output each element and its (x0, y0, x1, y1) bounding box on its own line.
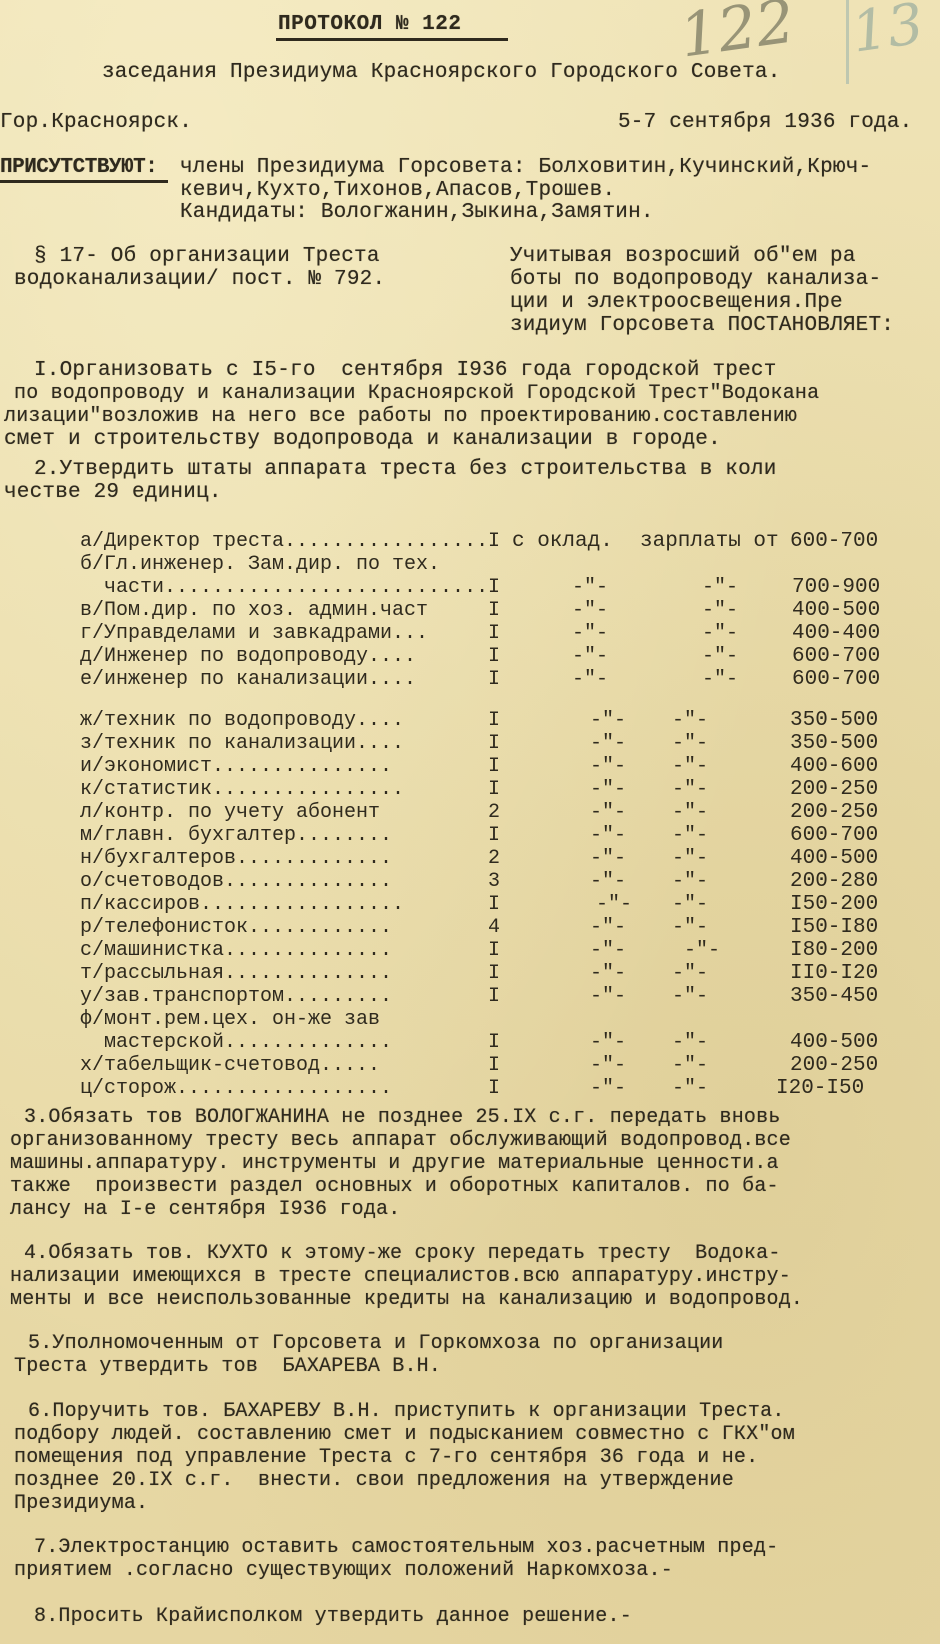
position-name: ф/монт.рем.цех. он-же зав (80, 1009, 380, 1031)
point-2-line: честве 29 единиц. (4, 482, 222, 504)
salary-range: 200-250 (790, 802, 878, 824)
position-name: п/кассиров................. (80, 894, 404, 916)
ditto-mark: -"- (660, 756, 720, 778)
salary-range: I50-I80 (790, 917, 878, 939)
salary-range: II0-I20 (790, 963, 878, 985)
salary-range: I80-200 (790, 940, 878, 962)
ditto-mark: -"- (690, 577, 750, 599)
position-qty: I (484, 710, 504, 732)
ditto-mark: -"- (560, 577, 620, 599)
position-name: ц/сторож.................. (80, 1078, 392, 1100)
document-title: ПРОТОКОЛ № 122 (278, 14, 461, 36)
point-1-line: смет и строительству водопровода и канал… (4, 429, 721, 451)
salary-note: зарплаты от (640, 531, 779, 553)
ditto-mark: -"- (690, 623, 750, 645)
position-name: т/рассыльная.............. (80, 963, 392, 985)
date-line: 5-7 сентября 1936 года. (618, 112, 912, 134)
ditto-mark: -"- (660, 848, 720, 870)
point-7-line: приятием .согласно существующих положени… (14, 1560, 673, 1582)
point-8-line: 8.Просить Крайисполком утвердить данное … (34, 1606, 632, 1628)
position-name: м/главн. бухгалтер........ (80, 825, 392, 847)
position-name: части........................... (80, 577, 488, 599)
position-qty: I (484, 531, 504, 553)
ditto-mark: -"- (660, 986, 720, 1008)
ditto-mark: -"- (578, 1078, 638, 1100)
position-qty: I (484, 825, 504, 847)
salary-range: 400-500 (792, 600, 880, 622)
ditto-mark: -"- (578, 756, 638, 778)
point-1-line: лизации"возложив на него все работы по п… (4, 406, 797, 428)
position-qty: I (484, 733, 504, 755)
salary-range: 400-500 (790, 1032, 878, 1054)
preamble-line: боты по водопроводу канализа- (510, 269, 881, 291)
position-name: в/Пом.дир. по хоз. админ.част (80, 600, 428, 622)
present-underline (0, 180, 168, 183)
ditto-mark: -"- (584, 894, 644, 916)
preamble-line: Учитывая возросший об"ем ра (510, 246, 856, 268)
position-qty: I (484, 894, 504, 916)
position-name: г/Управделами и завкадрами... (80, 623, 428, 645)
ditto-mark: -"- (672, 940, 732, 962)
position-name: с/машинистка.............. (80, 940, 392, 962)
ditto-mark: -"- (660, 710, 720, 732)
ditto-mark: -"- (578, 963, 638, 985)
position-name: и/экономист............... (80, 756, 392, 778)
point-5-line: 5.Уполномоченным от Горсовета и Горкомхо… (28, 1333, 724, 1355)
ditto-mark: -"- (578, 825, 638, 847)
ditto-mark: -"- (578, 733, 638, 755)
ditto-mark: -"- (660, 963, 720, 985)
salary-range: 400-500 (790, 848, 878, 870)
salary-range: 350-450 (790, 986, 878, 1008)
point-2-line: 2.Утвердить штаты аппарата треста без ст… (34, 459, 777, 481)
position-name: о/счетоводов.............. (80, 871, 392, 893)
position-qty: I (484, 646, 504, 668)
position-name: д/Инженер по водопроводу.... (80, 646, 416, 668)
position-name: мастерской.............. (80, 1032, 392, 1054)
ditto-mark: -"- (578, 1055, 638, 1077)
salary-range: 600-700 (792, 646, 880, 668)
position-name: з/техник по канализации.... (80, 733, 404, 755)
ditto-mark: -"- (660, 917, 720, 939)
ditto-mark: -"- (690, 646, 750, 668)
point-3-line: машины.аппаратуру. инструменты и другие … (10, 1153, 779, 1175)
position-qty: I (484, 623, 504, 645)
position-name: б/Гл.инженер. Зам.дир. по тех. (80, 554, 440, 576)
position-name: ж/техник по водопроводу.... (80, 710, 404, 732)
point-3-line: лансу на I-е сентября I936 года. (10, 1199, 400, 1221)
ditto-mark: -"- (660, 1055, 720, 1077)
city-line: Гор.Красноярск. (0, 112, 192, 134)
position-qty: 2 (484, 848, 504, 870)
document-subtitle: заседания Президиума Красноярского Город… (102, 62, 781, 84)
ditto-mark: -"- (560, 623, 620, 645)
point-6-line: подбору людей. составлению смет и подыск… (14, 1424, 795, 1446)
present-label: ПРИСУТСТВУЮТ: (0, 157, 157, 179)
position-qty: I (484, 940, 504, 962)
position-qty: 3 (484, 871, 504, 893)
position-qty: I (484, 963, 504, 985)
ditto-mark: -"- (560, 669, 620, 691)
section-heading: водоканализации/ пост. № 792. (14, 269, 385, 291)
point-4-line: нализации имеющихся в тресте специалисто… (10, 1266, 791, 1288)
point-1-line: I.Организовать с I5-го сентября I936 год… (34, 360, 777, 382)
ditto-mark: -"- (578, 1032, 638, 1054)
point-1-line: по водопроводу и канализации Красноярско… (14, 383, 819, 405)
position-qty: 4 (484, 917, 504, 939)
position-name: л/контр. по учету абонент (80, 802, 380, 824)
salary-range: 600-700 (790, 825, 878, 847)
position-qty: I (484, 1078, 504, 1100)
salary-range: 700-900 (792, 577, 880, 599)
point-4-line: менты и все неиспользованные кредиты на … (10, 1289, 803, 1311)
ditto-mark: -"- (660, 1032, 720, 1054)
salary-range: 400-600 (790, 756, 878, 778)
ditto-mark: -"- (578, 871, 638, 893)
position-name: к/статистик................ (80, 779, 404, 801)
ditto-mark: -"- (660, 1078, 720, 1100)
point-6-line: позднее 20.IX с.г. внести. свои предложе… (14, 1470, 734, 1492)
position-qty: I (484, 577, 504, 599)
ditto-mark: -"- (578, 848, 638, 870)
position-qty: I (484, 1055, 504, 1077)
salary-range: 350-500 (790, 710, 878, 732)
position-qty: I (484, 1032, 504, 1054)
salary-range: 200-250 (790, 1055, 878, 1077)
title-underline (276, 38, 508, 41)
document-page: 122 13 ПРОТОКОЛ № 122 заседания Президиу… (0, 0, 940, 1644)
point-3-line: также произвести раздел основных и оборо… (10, 1176, 779, 1198)
position-qty: I (484, 986, 504, 1008)
position-name: е/инженер по канализации.... (80, 669, 416, 691)
point-6-line: Президиума. (14, 1493, 148, 1515)
position-name: р/телефонисток............ (80, 917, 392, 939)
ditto-mark: -"- (660, 825, 720, 847)
salary-range: I20-I50 (776, 1078, 864, 1100)
present-line: кевич,Кухто,Тихонов,Апасов,Трошев. (180, 180, 615, 202)
salary-range: 600-700 (790, 531, 878, 553)
salary-range: 600-700 (792, 669, 880, 691)
point-6-line: помещения под управление Треста с 7-го с… (14, 1447, 758, 1469)
preamble-line: зидиум Горсовета ПОСТАНОВЛЯЕТ: (510, 315, 894, 337)
salary-range: 200-250 (790, 779, 878, 801)
present-line: Кандидаты: Вологжанин,Зыкина,Замятин. (180, 202, 654, 224)
position-qty: 2 (484, 802, 504, 824)
ditto-mark: -"- (578, 779, 638, 801)
point-6-line: 6.Поручить тов. БАХАРЕВУ В.Н. приступить… (28, 1401, 785, 1423)
ditto-mark: -"- (578, 917, 638, 939)
ditto-mark: -"- (578, 986, 638, 1008)
point-4-line: 4.Обязать тов. КУХТО к этому-же сроку пе… (24, 1243, 781, 1265)
ditto-mark: -"- (660, 894, 720, 916)
point-3-line: организованному тресту весь аппарат обсл… (10, 1130, 791, 1152)
ditto-mark: -"- (578, 940, 638, 962)
position-qty: I (484, 600, 504, 622)
salary-range: 350-500 (790, 733, 878, 755)
ditto-mark: -"- (660, 802, 720, 824)
position-name: а/Директор треста................. (80, 531, 488, 553)
ditto-mark: -"- (660, 871, 720, 893)
point-5-line: Треста утвердить тов БАХАРЕВА В.Н. (14, 1356, 441, 1378)
point-3-line: 3.Обязать тов ВОЛОГЖАНИНА не позднее 25.… (24, 1107, 781, 1129)
ditto-mark: -"- (560, 646, 620, 668)
position-name: х/табельщик-счетовод..... (80, 1055, 380, 1077)
ditto-mark: -"- (578, 710, 638, 732)
present-line: члены Президиума Горсовета: Болховитин,К… (180, 157, 871, 179)
salary-note: с оклад. (512, 531, 613, 553)
position-name: у/зав.транспортом......... (80, 986, 392, 1008)
section-heading: § 17- Об организации Треста (34, 246, 380, 268)
ditto-mark: -"- (690, 600, 750, 622)
position-name: н/бухгалтеров............. (80, 848, 392, 870)
point-7-line: 7.Электростанцию оставить самостоятельны… (34, 1537, 778, 1559)
ditto-mark: -"- (660, 779, 720, 801)
salary-range: 200-280 (790, 871, 878, 893)
position-qty: I (484, 669, 504, 691)
preamble-line: ции и электроосвещения.Пре (510, 292, 843, 314)
ditto-mark: -"- (578, 802, 638, 824)
position-qty: I (484, 779, 504, 801)
ditto-mark: -"- (560, 600, 620, 622)
ditto-mark: -"- (660, 733, 720, 755)
salary-range: I50-200 (790, 894, 878, 916)
handwritten-mark: 13 (848, 0, 928, 66)
position-qty: I (484, 756, 504, 778)
salary-range: 400-400 (792, 623, 880, 645)
ditto-mark: -"- (690, 669, 750, 691)
